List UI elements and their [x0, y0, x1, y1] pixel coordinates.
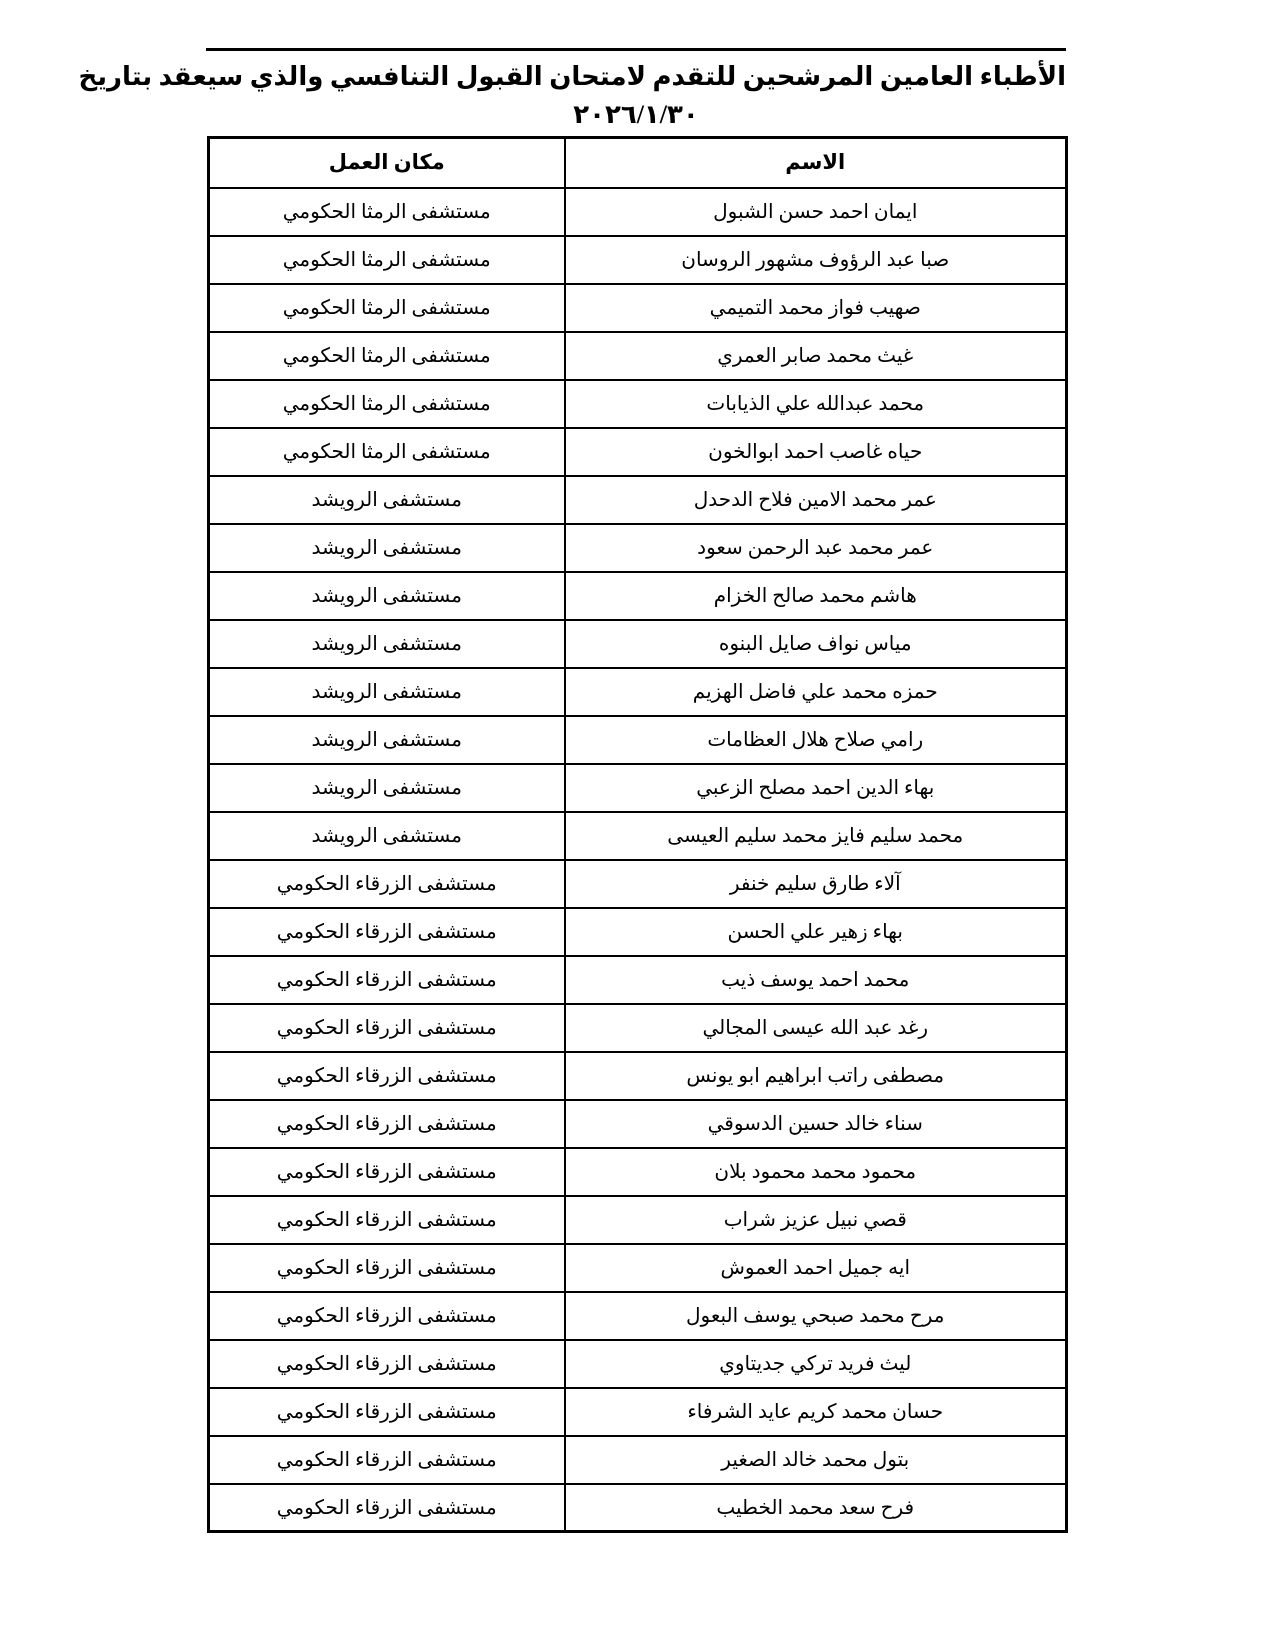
table-row: ايه جميل احمد العموشمستشفى الزرقاء الحكو…	[209, 1244, 1067, 1292]
workplace-cell: مستشفى الرويشد	[209, 716, 565, 764]
document-page: الأطباء العامين المرشحين للتقدم لامتحان …	[0, 0, 1275, 1650]
header-rule	[206, 48, 1066, 51]
table-row: ايمان احمد حسن الشبولمستشفى الرمثا الحكو…	[209, 188, 1067, 236]
table-header: الاسم مكان العمل	[209, 138, 1067, 188]
table-row: محمد سليم فايز محمد سليم العيسىمستشفى ال…	[209, 812, 1067, 860]
workplace-cell: مستشفى الرويشد	[209, 668, 565, 716]
doctor-name-cell: رغد عبد الله عيسى المجالي	[565, 1004, 1067, 1052]
table-row: مصطفى راتب ابراهيم ابو يونسمستشفى الزرقا…	[209, 1052, 1067, 1100]
workplace-cell: مستشفى الزرقاء الحكومي	[209, 1100, 565, 1148]
workplace-cell: مستشفى الزرقاء الحكومي	[209, 1340, 565, 1388]
workplace-cell: مستشفى الزرقاء الحكومي	[209, 1436, 565, 1484]
table-row: رغد عبد الله عيسى المجاليمستشفى الزرقاء …	[209, 1004, 1067, 1052]
workplace-cell: مستشفى الزرقاء الحكومي	[209, 860, 565, 908]
doctor-name-cell: محمد احمد يوسف ذيب	[565, 956, 1067, 1004]
header-row: الاسم مكان العمل	[209, 138, 1067, 188]
table-row: محمود محمد محمود بلانمستشفى الزرقاء الحك…	[209, 1148, 1067, 1196]
table-row: بتول محمد خالد الصغيرمستشفى الزرقاء الحك…	[209, 1436, 1067, 1484]
workplace-cell: مستشفى الزرقاء الحكومي	[209, 1196, 565, 1244]
doctor-name-cell: بتول محمد خالد الصغير	[565, 1436, 1067, 1484]
doctor-name-cell: ايمان احمد حسن الشبول	[565, 188, 1067, 236]
workplace-cell: مستشفى الرمثا الحكومي	[209, 380, 565, 428]
table-row: سناء خالد حسين الدسوقيمستشفى الزرقاء الح…	[209, 1100, 1067, 1148]
doctor-name-cell: بهاء الدين احمد مصلح الزعبي	[565, 764, 1067, 812]
doctor-name-cell: محمد سليم فايز محمد سليم العيسى	[565, 812, 1067, 860]
document-title: الأطباء العامين المرشحين للتقدم لامتحان …	[206, 58, 1066, 96]
table-row: حمزه محمد علي فاضل الهزيممستشفى الرويشد	[209, 668, 1067, 716]
table-row: ليث فريد تركي جديتاويمستشفى الزرقاء الحك…	[209, 1340, 1067, 1388]
doctor-name-cell: ليث فريد تركي جديتاوي	[565, 1340, 1067, 1388]
doctor-name-cell: عمر محمد الامين فلاح الدحدل	[565, 476, 1067, 524]
workplace-cell: مستشفى الزرقاء الحكومي	[209, 1148, 565, 1196]
workplace-cell: مستشفى الزرقاء الحكومي	[209, 1484, 565, 1532]
doctor-name-cell: مياس نواف صايل البنوه	[565, 620, 1067, 668]
workplace-cell: مستشفى الزرقاء الحكومي	[209, 908, 565, 956]
table-row: مياس نواف صايل البنوهمستشفى الرويشد	[209, 620, 1067, 668]
table-row: فرح سعد محمد الخطيبمستشفى الزرقاء الحكوم…	[209, 1484, 1067, 1532]
table-row: هاشم محمد صالح الخزاممستشفى الرويشد	[209, 572, 1067, 620]
table-row: قصي نبيل عزيز شرابمستشفى الزرقاء الحكومي	[209, 1196, 1067, 1244]
doctor-name-cell: مرح محمد صبحي يوسف البعول	[565, 1292, 1067, 1340]
table-row: محمد احمد يوسف ذيبمستشفى الزرقاء الحكومي	[209, 956, 1067, 1004]
table-row: بهاء زهير علي الحسنمستشفى الزرقاء الحكوم…	[209, 908, 1067, 956]
workplace-cell: مستشفى الرويشد	[209, 620, 565, 668]
table-row: حسان محمد كريم عايد الشرفاءمستشفى الزرقا…	[209, 1388, 1067, 1436]
table-row: بهاء الدين احمد مصلح الزعبيمستشفى الرويش…	[209, 764, 1067, 812]
table-row: محمد عبدالله علي الذياباتمستشفى الرمثا ا…	[209, 380, 1067, 428]
doctor-name-cell: عمر محمد عبد الرحمن سعود	[565, 524, 1067, 572]
workplace-cell: مستشفى الرمثا الحكومي	[209, 236, 565, 284]
workplace-cell: مستشفى الزرقاء الحكومي	[209, 1052, 565, 1100]
table-row: رامي صلاح هلال العظاماتمستشفى الرويشد	[209, 716, 1067, 764]
doctor-name-cell: حياه غاصب احمد ابوالخون	[565, 428, 1067, 476]
workplace-cell: مستشفى الرمثا الحكومي	[209, 332, 565, 380]
workplace-cell: مستشفى الزرقاء الحكومي	[209, 1388, 565, 1436]
workplace-cell: مستشفى الرويشد	[209, 764, 565, 812]
table-row: عمر محمد عبد الرحمن سعودمستشفى الرويشد	[209, 524, 1067, 572]
workplace-cell: مستشفى الرويشد	[209, 476, 565, 524]
exam-date: ٢٠٢٦/١/٣٠	[206, 96, 1066, 134]
table-row: آلاء طارق سليم خنفرمستشفى الزرقاء الحكوم…	[209, 860, 1067, 908]
doctor-name-cell: محمد عبدالله علي الذيابات	[565, 380, 1067, 428]
table-row: حياه غاصب احمد ابوالخونمستشفى الرمثا الح…	[209, 428, 1067, 476]
workplace-cell: مستشفى الزرقاء الحكومي	[209, 1004, 565, 1052]
doctor-name-cell: سناء خالد حسين الدسوقي	[565, 1100, 1067, 1148]
doctor-name-cell: حسان محمد كريم عايد الشرفاء	[565, 1388, 1067, 1436]
doctor-name-cell: حمزه محمد علي فاضل الهزيم	[565, 668, 1067, 716]
workplace-cell: مستشفى الرويشد	[209, 812, 565, 860]
doctor-name-cell: صهيب فواز محمد التميمي	[565, 284, 1067, 332]
workplace-cell: مستشفى الرمثا الحكومي	[209, 284, 565, 332]
doctor-name-cell: صبا عبد الرؤوف مشهور الروسان	[565, 236, 1067, 284]
doctor-name-cell: بهاء زهير علي الحسن	[565, 908, 1067, 956]
workplace-cell: مستشفى الرمثا الحكومي	[209, 188, 565, 236]
workplace-cell: مستشفى الرويشد	[209, 572, 565, 620]
workplace-cell: مستشفى الزرقاء الحكومي	[209, 956, 565, 1004]
table-row: صهيب فواز محمد التميميمستشفى الرمثا الحك…	[209, 284, 1067, 332]
doctor-name-cell: هاشم محمد صالح الخزام	[565, 572, 1067, 620]
doctor-name-cell: مصطفى راتب ابراهيم ابو يونس	[565, 1052, 1067, 1100]
name-column-header: الاسم	[565, 138, 1067, 188]
doctor-name-cell: محمود محمد محمود بلان	[565, 1148, 1067, 1196]
candidates-table: الاسم مكان العمل ايمان احمد حسن الشبولمس…	[207, 136, 1068, 1533]
table-row: غيث محمد صابر العمريمستشفى الرمثا الحكوم…	[209, 332, 1067, 380]
workplace-cell: مستشفى الزرقاء الحكومي	[209, 1244, 565, 1292]
workplace-cell: مستشفى الرويشد	[209, 524, 565, 572]
table-body: ايمان احمد حسن الشبولمستشفى الرمثا الحكو…	[209, 188, 1067, 1532]
workplace-cell: مستشفى الزرقاء الحكومي	[209, 1292, 565, 1340]
doctor-name-cell: غيث محمد صابر العمري	[565, 332, 1067, 380]
doctor-name-cell: قصي نبيل عزيز شراب	[565, 1196, 1067, 1244]
doctor-name-cell: رامي صلاح هلال العظامات	[565, 716, 1067, 764]
doctor-name-cell: ايه جميل احمد العموش	[565, 1244, 1067, 1292]
table-row: عمر محمد الامين فلاح الدحدلمستشفى الرويش…	[209, 476, 1067, 524]
table-row: مرح محمد صبحي يوسف البعولمستشفى الزرقاء …	[209, 1292, 1067, 1340]
workplace-cell: مستشفى الرمثا الحكومي	[209, 428, 565, 476]
table-row: صبا عبد الرؤوف مشهور الروسانمستشفى الرمث…	[209, 236, 1067, 284]
doctor-name-cell: آلاء طارق سليم خنفر	[565, 860, 1067, 908]
workplace-column-header: مكان العمل	[209, 138, 565, 188]
doctor-name-cell: فرح سعد محمد الخطيب	[565, 1484, 1067, 1532]
